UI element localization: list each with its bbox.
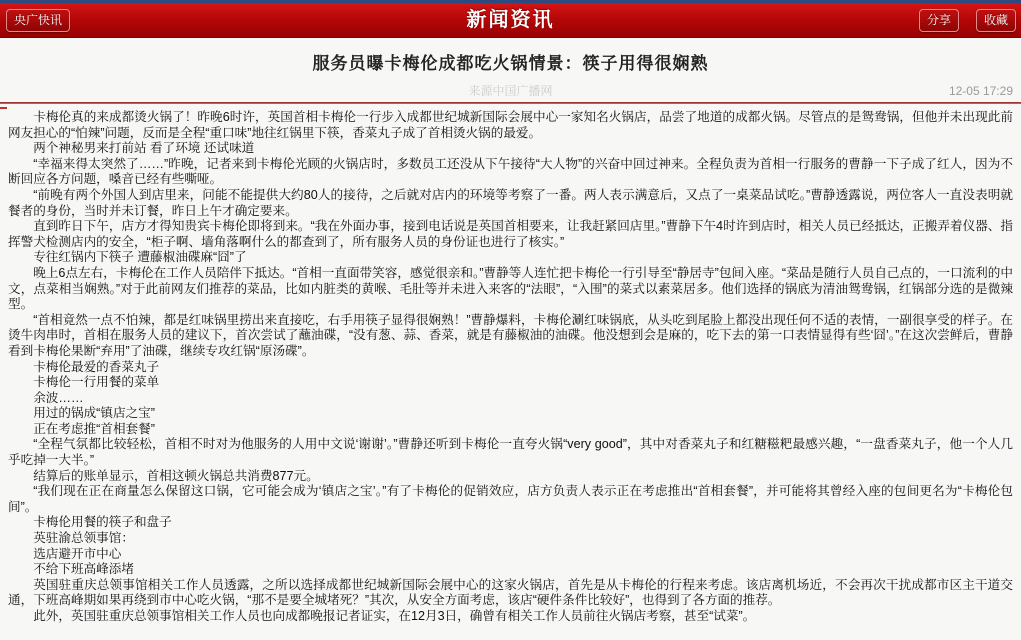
article-meta-row: 来源中国广播网 12-05 17:29 — [0, 80, 1021, 102]
article-paragraph: 两个神秘男来打前站 看了环境 还试味道 — [8, 141, 1013, 157]
article-timestamp: 12-05 17:29 — [949, 80, 1013, 102]
article-source: 来源中国广播网 — [0, 80, 1021, 102]
article-paragraph: 直到昨日下午，店方才得知贵宾卡梅伦即将到来。“我在外面办事，接到电话说是英国首相… — [8, 219, 1013, 250]
article-paragraph: 晚上6点左右，卡梅伦在工作人员陪伴下抵达。“首相一直面带笑容，感觉很亲和。”曹静… — [8, 266, 1013, 313]
page-title: 新闻资讯 — [0, 3, 1021, 37]
article-paragraph: 英国驻重庆总领事馆相关工作人员透露，之所以选择成都世纪城新国际会展中心的这家火锅… — [8, 578, 1013, 609]
article-paragraph: 专往红锅内下筷子 遭藤椒油碟麻“囧”了 — [8, 250, 1013, 266]
article-paragraph: 此外，英国驻重庆总领事馆相关工作人员也向成都晚报记者证实，在12月3日，确曾有相… — [8, 609, 1013, 625]
article-paragraph: 用过的锅成“镇店之宝” — [8, 406, 1013, 422]
article-paragraph: “我们现在正在商量怎么保留这口锅，它可能会成为‘镇店之宝’。”有了卡梅伦的促销效… — [8, 484, 1013, 515]
article-paragraph: “前晚有两个外国人到店里来，问能不能提供大约80人的接待，之后就对店内的环境等考… — [8, 188, 1013, 219]
article-paragraph: “首相竟然一点不怕辣，都是红味锅里捞出来直接吃，右手用筷子显得很娴熟！”曹静爆料… — [8, 313, 1013, 360]
article-paragraph: 卡梅伦真的来成都烫火锅了！昨晚6时许，英国首相卡梅伦一行步入成都世纪城新国际会展… — [8, 110, 1013, 141]
divider — [0, 102, 1021, 104]
favorite-button[interactable]: 收藏 — [976, 9, 1016, 32]
article-paragraph: 结算后的账单显示，首相这顿火锅总共消费877元。 — [8, 469, 1013, 485]
article-paragraph: 正在考虑推“首相套餐” — [8, 422, 1013, 438]
article-paragraph: 不给下班高峰添堵 — [8, 562, 1013, 578]
article-paragraph: 余波…… — [8, 391, 1013, 407]
article-scroll-area[interactable]: 卡梅伦真的来成都烫火锅了！昨晚6时许，英国首相卡梅伦一行步入成都世纪城新国际会展… — [0, 109, 1021, 625]
app-header: 央广快讯 新闻资讯 分享 收藏 — [0, 3, 1021, 38]
article-paragraph: 选店避开市中心 — [8, 547, 1013, 563]
article-paragraph: 卡梅伦用餐的筷子和盘子 — [8, 515, 1013, 531]
back-button[interactable]: 央广快讯 — [6, 9, 70, 32]
article-paragraph: “全程气氛都比较轻松，首相不时对为他服务的人用中文说‘谢谢’。”曹静还听到卡梅伦… — [8, 437, 1013, 468]
article-paragraph: 英驻渝总领事馆： — [8, 531, 1013, 547]
article-title: 服务员曝卡梅伦成都吃火锅情景：筷子用得很娴熟 — [0, 49, 1021, 74]
article-paragraph: 卡梅伦最爱的香菜丸子 — [8, 360, 1013, 376]
article-paragraph: “幸福来得太突然了……”昨晚，记者来到卡梅伦光顾的火锅店时，多数员工还没从下午接… — [8, 157, 1013, 188]
article-header: 服务员曝卡梅伦成都吃火锅情景：筷子用得很娴熟 来源中国广播网 12-05 17:… — [0, 38, 1021, 102]
share-button[interactable]: 分享 — [919, 9, 959, 32]
article-paragraph: 卡梅伦一行用餐的菜单 — [8, 375, 1013, 391]
